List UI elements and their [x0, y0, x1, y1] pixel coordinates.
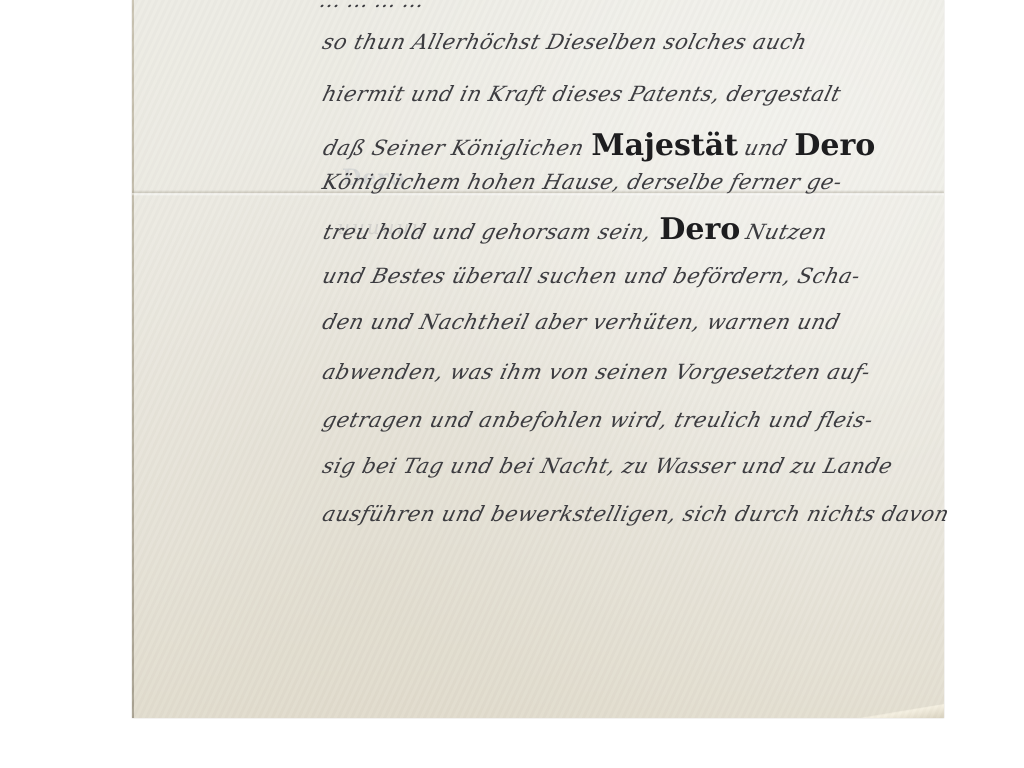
line-text: ausführen und bewerkstelligen, sich durc…	[320, 502, 952, 526]
photo-stage: Dero uuuuuu … … … … so thun Allerhöchst …	[0, 0, 1024, 768]
document-page: Dero uuuuuu	[132, 0, 944, 718]
line-text: den und Nachtheil aber verhüten, warnen …	[320, 310, 843, 334]
line-text: und	[735, 136, 797, 160]
text-line-11: ausführen und bewerkstelligen, sich durc…	[320, 502, 952, 526]
fraktur-dero: Dero	[795, 128, 876, 163]
cut-off-top-line: … … … …	[317, 0, 427, 12]
page-left-edge	[132, 0, 134, 718]
text-line-1: so thun Allerhöchst Dieselben solches au…	[320, 30, 810, 54]
text-line-3: daß Seiner Königlichen Majestät und Dero	[320, 128, 880, 163]
text-line-4: Königlichem hohen Hause, derselbe ferner…	[320, 170, 845, 194]
fraktur-majestaet: Majestät	[592, 128, 739, 163]
line-text: und Bestes überall suchen und befördern,…	[320, 264, 863, 288]
page-corner-curl	[859, 704, 944, 718]
line-text: Nutzen	[736, 220, 830, 244]
text-line-7: den und Nachtheil aber verhüten, warnen …	[320, 310, 843, 334]
line-text: so thun Allerhöchst Dieselben solches au…	[320, 30, 810, 54]
line-text: treu hold und gehorsam sein,	[321, 220, 662, 244]
fraktur-dero: Dero	[659, 212, 740, 247]
line-text: abwenden, was ihm von seinen Vorgesetzte…	[320, 360, 873, 384]
line-text: hiermit und in Kraft dieses Patents, der…	[320, 82, 844, 106]
text-line-8: abwenden, was ihm von seinen Vorgesetzte…	[320, 360, 873, 384]
line-text: daß Seiner Königlichen	[321, 136, 594, 160]
line-text: Königlichem hohen Hause, derselbe ferner…	[320, 170, 845, 194]
text-line-6: und Bestes überall suchen und befördern,…	[320, 264, 863, 288]
line-text: getragen und anbefohlen wird, treulich u…	[320, 408, 876, 432]
line-text: sig bei Tag und bei Nacht, zu Wasser und…	[320, 454, 895, 478]
text-line-5: treu hold und gehorsam sein, Dero Nutzen	[320, 212, 832, 247]
text-line-2: hiermit und in Kraft dieses Patents, der…	[320, 82, 844, 106]
text-line-9: getragen und anbefohlen wird, treulich u…	[320, 408, 876, 432]
text-line-10: sig bei Tag und bei Nacht, zu Wasser und…	[320, 454, 895, 478]
